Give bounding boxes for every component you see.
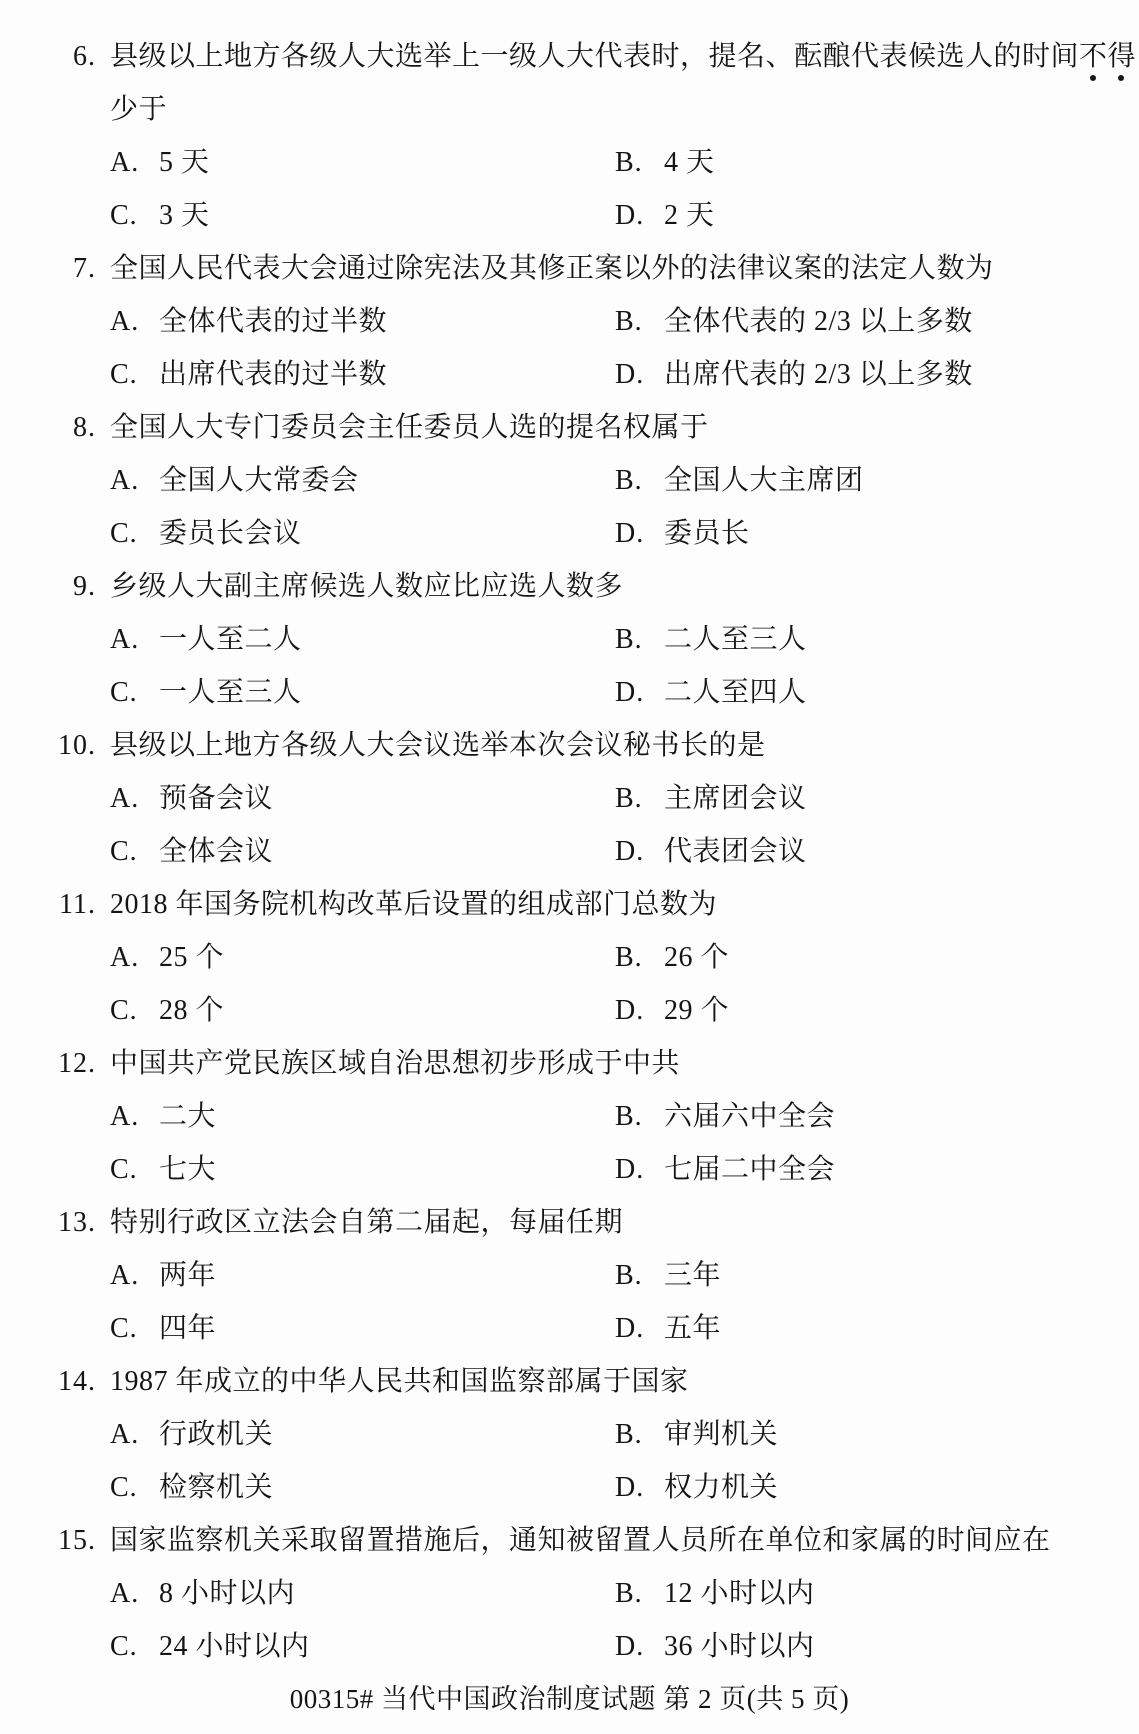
option-d: D.代表团会议 [615,825,1139,878]
option-c: C.检察机关 [110,1461,615,1514]
option-a: A.二大 [110,1090,615,1143]
question-text: 中国共产党民族区域自治思想初步形成于中共 [110,1048,680,1079]
option-text: 二人至三人 [664,624,807,655]
option-text: 七届二中全会 [664,1154,835,1185]
option-b: B.全国人大主席团 [615,454,1139,507]
option-row: C.一人至三人 D.二人至四人 [0,666,1139,719]
question-block: 7.全国人民代表大会通过除宪法及其修正案以外的法律议案的法定人数为 A.全体代表… [0,242,1139,401]
question-text-main: 全国人民代表大会通过除宪法及其修正案以外的法律议案的法定人数为 [110,253,994,284]
option-text: 2 天 [664,200,715,231]
question-block: 9.乡级人大副主席候选人数应比应选人数多 A.一人至二人 B.二人至三人 C.一… [0,560,1139,719]
option-text: 七大 [159,1154,216,1185]
option-text: 出席代表的 2/3 以上多数 [664,359,973,390]
option-b: B.全体代表的 2/3 以上多数 [615,295,1139,348]
question-text: 全国人民代表大会通过除宪法及其修正案以外的法律议案的法定人数为 [110,253,994,284]
question-line: 6.县级以上地方各级人大选举上一级人大代表时，提名、酝酿代表候选人的时间不得 [0,30,1139,83]
option-text: 代表团会议 [664,836,807,867]
question-text-main: 全国人大专门委员会主任委员人选的提名权属于 [110,412,709,443]
question-number: 8. [30,401,96,454]
option-text: 预备会议 [159,783,273,814]
question-text: 国家监察机关采取留置措施后，通知被留置人员所在单位和家属的时间应在 [110,1525,1051,1556]
option-text: 29 个 [664,995,729,1026]
option-label: A. [110,136,144,189]
question-block: 15.国家监察机关采取留置措施后，通知被留置人员所在单位和家属的时间应在 A.8… [0,1514,1139,1673]
option-label: C. [110,1461,144,1514]
option-row: C.检察机关 D.权力机关 [0,1461,1139,1514]
option-text: 全体会议 [159,836,273,867]
option-c: C.一人至三人 [110,666,615,719]
option-b: B.12 小时以内 [615,1567,1139,1620]
option-c: C.四年 [110,1302,615,1355]
option-b: B.二人至三人 [615,613,1139,666]
option-d: D.36 小时以内 [615,1620,1139,1673]
option-label: C. [110,189,144,242]
option-c: C.委员长会议 [110,507,615,560]
question-block: 12.中国共产党民族区域自治思想初步形成于中共 A.二大 B.六届六中全会 C.… [0,1037,1139,1196]
option-c: C.七大 [110,1143,615,1196]
option-label: C. [110,1620,144,1673]
option-b: B.审判机关 [615,1408,1139,1461]
question-text-main: 2018 年国务院机构改革后设置的组成部门总数为 [110,889,717,920]
option-d: D.二人至四人 [615,666,1139,719]
option-row: C.3 天 D.2 天 [0,189,1139,242]
question-block: 11.2018 年国务院机构改革后设置的组成部门总数为 A.25 个 B.26 … [0,878,1139,1037]
question-number: 7. [30,242,96,295]
option-a: A.全国人大常委会 [110,454,615,507]
option-label: A. [110,1567,144,1620]
option-text: 24 小时以内 [159,1631,310,1662]
question-number: 9. [30,560,96,613]
question-text-main: 中国共产党民族区域自治思想初步形成于中共 [110,1048,680,1079]
option-d: D.五年 [615,1302,1139,1355]
option-text: 全国人大常委会 [159,465,359,496]
option-row: C.全体会议 D.代表团会议 [0,825,1139,878]
option-text: 二人至四人 [664,677,807,708]
option-label: D. [615,189,649,242]
option-label: C. [110,348,144,401]
question-text-emphasized: 不得 [1079,41,1136,83]
option-text: 四年 [159,1313,216,1344]
option-row: C.24 小时以内 D.36 小时以内 [0,1620,1139,1673]
option-row: C.28 个 D.29 个 [0,984,1139,1037]
option-label: C. [110,1143,144,1196]
question-line: 12.中国共产党民族区域自治思想初步形成于中共 [0,1037,1139,1090]
option-b: B.六届六中全会 [615,1090,1139,1143]
option-text: 行政机关 [159,1419,273,1450]
option-text: 5 天 [159,147,210,178]
option-label: D. [615,666,649,719]
question-text-main: 特别行政区立法会自第二届起，每届任期 [110,1207,623,1238]
option-label: D. [615,507,649,560]
question-block: 14.1987 年成立的中华人民共和国监察部属于国家 A.行政机关 B.审判机关… [0,1355,1139,1514]
option-c: C.3 天 [110,189,615,242]
option-text: 出席代表的过半数 [159,359,387,390]
option-text: 4 天 [664,147,715,178]
option-c: C.出席代表的过半数 [110,348,615,401]
question-block: 8.全国人大专门委员会主任委员人选的提名权属于 A.全国人大常委会 B.全国人大… [0,401,1139,560]
option-text: 8 小时以内 [159,1578,295,1609]
option-label: D. [615,1620,649,1673]
option-c: C.全体会议 [110,825,615,878]
question-text: 全国人大专门委员会主任委员人选的提名权属于 [110,412,709,443]
option-a: A.5 天 [110,136,615,189]
question-text-main: 县级以上地方各级人大选举上一级人大代表时，提名、酝酿代表候选人的时间 [110,41,1079,72]
option-text: 五年 [664,1313,721,1344]
option-d: D.七届二中全会 [615,1143,1139,1196]
option-row: C.委员长会议 D.委员长 [0,507,1139,560]
option-a: A.一人至二人 [110,613,615,666]
option-label: B. [615,454,649,507]
question-continuation: 少于 [0,83,1139,136]
option-d: D.委员长 [615,507,1139,560]
question-number: 12. [30,1037,96,1090]
question-text: 2018 年国务院机构改革后设置的组成部门总数为 [110,889,717,920]
option-text: 全体代表的过半数 [159,306,387,337]
option-label: D. [615,984,649,1037]
option-row: A.行政机关 B.审判机关 [0,1408,1139,1461]
option-label: C. [110,825,144,878]
option-b: B.26 个 [615,931,1139,984]
option-row: C.四年 D.五年 [0,1302,1139,1355]
option-b: B.4 天 [615,136,1139,189]
question-text-main: 1987 年成立的中华人民共和国监察部属于国家 [110,1366,689,1397]
option-text: 权力机关 [664,1472,778,1503]
option-text: 主席团会议 [664,783,807,814]
option-a: A.8 小时以内 [110,1567,615,1620]
option-text: 委员长 [664,518,750,549]
question-list: 6.县级以上地方各级人大选举上一级人大代表时，提名、酝酿代表候选人的时间不得 少… [0,30,1139,1673]
option-a: A.两年 [110,1249,615,1302]
option-d: D.2 天 [615,189,1139,242]
option-label: B. [615,1090,649,1143]
option-d: D.出席代表的 2/3 以上多数 [615,348,1139,401]
option-label: C. [110,1302,144,1355]
option-text: 两年 [159,1260,216,1291]
option-label: B. [615,1408,649,1461]
question-number: 6. [30,30,96,83]
option-label: B. [615,613,649,666]
option-row: A.两年 B.三年 [0,1249,1139,1302]
option-row: A.全国人大常委会 B.全国人大主席团 [0,454,1139,507]
option-text: 3 天 [159,200,210,231]
option-label: A. [110,295,144,348]
option-row: A.5 天 B.4 天 [0,136,1139,189]
option-c: C.24 小时以内 [110,1620,615,1673]
question-text: 1987 年成立的中华人民共和国监察部属于国家 [110,1366,689,1397]
option-label: A. [110,931,144,984]
option-a: A.预备会议 [110,772,615,825]
option-row: A.预备会议 B.主席团会议 [0,772,1139,825]
footer-text: 00315# 当代中国政治制度试题 第 2 页(共 5 页) [290,1684,849,1714]
option-text: 12 小时以内 [664,1578,815,1609]
question-line: 14.1987 年成立的中华人民共和国监察部属于国家 [0,1355,1139,1408]
option-row: A.全体代表的过半数 B.全体代表的 2/3 以上多数 [0,295,1139,348]
option-label: A. [110,1408,144,1461]
option-text: 26 个 [664,942,729,973]
option-a: A.全体代表的过半数 [110,295,615,348]
question-line: 11.2018 年国务院机构改革后设置的组成部门总数为 [0,878,1139,931]
option-c: C.28 个 [110,984,615,1037]
option-label: A. [110,613,144,666]
option-row: C.出席代表的过半数 D.出席代表的 2/3 以上多数 [0,348,1139,401]
question-number: 14. [30,1355,96,1408]
option-text: 三年 [664,1260,721,1291]
option-text: 25 个 [159,942,224,973]
question-line: 10.县级以上地方各级人大会议选举本次会议秘书长的是 [0,719,1139,772]
option-label: B. [615,295,649,348]
option-text: 审判机关 [664,1419,778,1450]
option-label: B. [615,1249,649,1302]
option-row: A.一人至二人 B.二人至三人 [0,613,1139,666]
option-a: A.25 个 [110,931,615,984]
option-label: B. [615,931,649,984]
option-label: D. [615,1461,649,1514]
option-d: D.29 个 [615,984,1139,1037]
question-text-main: 乡级人大副主席候选人数应比应选人数多 [110,571,623,602]
question-text-main: 国家监察机关采取留置措施后，通知被留置人员所在单位和家属的时间应在 [110,1525,1051,1556]
question-line: 7.全国人民代表大会通过除宪法及其修正案以外的法律议案的法定人数为 [0,242,1139,295]
question-block: 10.县级以上地方各级人大会议选举本次会议秘书长的是 A.预备会议 B.主席团会… [0,719,1139,878]
option-text: 委员长会议 [159,518,302,549]
option-row: A.25 个 B.26 个 [0,931,1139,984]
option-b: B.三年 [615,1249,1139,1302]
option-label: A. [110,1090,144,1143]
option-row: A.二大 B.六届六中全会 [0,1090,1139,1143]
question-number: 13. [30,1196,96,1249]
option-text: 二大 [159,1101,216,1132]
option-text: 全体代表的 2/3 以上多数 [664,306,973,337]
option-text: 36 小时以内 [664,1631,815,1662]
option-label: B. [615,1567,649,1620]
option-d: D.权力机关 [615,1461,1139,1514]
option-label: C. [110,507,144,560]
question-line: 15.国家监察机关采取留置措施后，通知被留置人员所在单位和家属的时间应在 [0,1514,1139,1567]
option-text: 检察机关 [159,1472,273,1503]
option-text: 一人至二人 [159,624,302,655]
option-label: D. [615,1302,649,1355]
option-b: B.主席团会议 [615,772,1139,825]
option-label: A. [110,454,144,507]
question-number: 11. [30,878,96,931]
option-row: C.七大 D.七届二中全会 [0,1143,1139,1196]
question-text: 县级以上地方各级人大会议选举本次会议秘书长的是 [110,730,766,761]
option-text: 一人至三人 [159,677,302,708]
option-label: B. [615,772,649,825]
option-row: A.8 小时以内 B.12 小时以内 [0,1567,1139,1620]
option-label: D. [615,348,649,401]
question-text: 县级以上地方各级人大选举上一级人大代表时，提名、酝酿代表候选人的时间不得 [110,41,1136,83]
option-label: B. [615,136,649,189]
question-number: 10. [30,719,96,772]
question-block: 13.特别行政区立法会自第二届起，每届任期 A.两年 B.三年 C.四年 D.五… [0,1196,1139,1355]
option-label: C. [110,666,144,719]
question-block: 6.县级以上地方各级人大选举上一级人大代表时，提名、酝酿代表候选人的时间不得 少… [0,30,1139,242]
question-text: 特别行政区立法会自第二届起，每届任期 [110,1207,623,1238]
question-text: 乡级人大副主席候选人数应比应选人数多 [110,571,623,602]
option-text: 28 个 [159,995,224,1026]
option-label: A. [110,1249,144,1302]
question-line: 13.特别行政区立法会自第二届起，每届任期 [0,1196,1139,1249]
question-line: 9.乡级人大副主席候选人数应比应选人数多 [0,560,1139,613]
question-text-main: 县级以上地方各级人大会议选举本次会议秘书长的是 [110,730,766,761]
question-number: 15. [30,1514,96,1567]
option-label: A. [110,772,144,825]
question-line: 8.全国人大专门委员会主任委员人选的提名权属于 [0,401,1139,454]
option-label: C. [110,984,144,1037]
exam-page: 6.县级以上地方各级人大选举上一级人大代表时，提名、酝酿代表候选人的时间不得 少… [0,0,1139,1734]
option-text: 全国人大主席团 [664,465,864,496]
page-footer: 00315# 当代中国政治制度试题 第 2 页(共 5 页) [0,1673,1139,1726]
option-label: D. [615,1143,649,1196]
option-a: A.行政机关 [110,1408,615,1461]
option-label: D. [615,825,649,878]
option-text: 六届六中全会 [664,1101,835,1132]
